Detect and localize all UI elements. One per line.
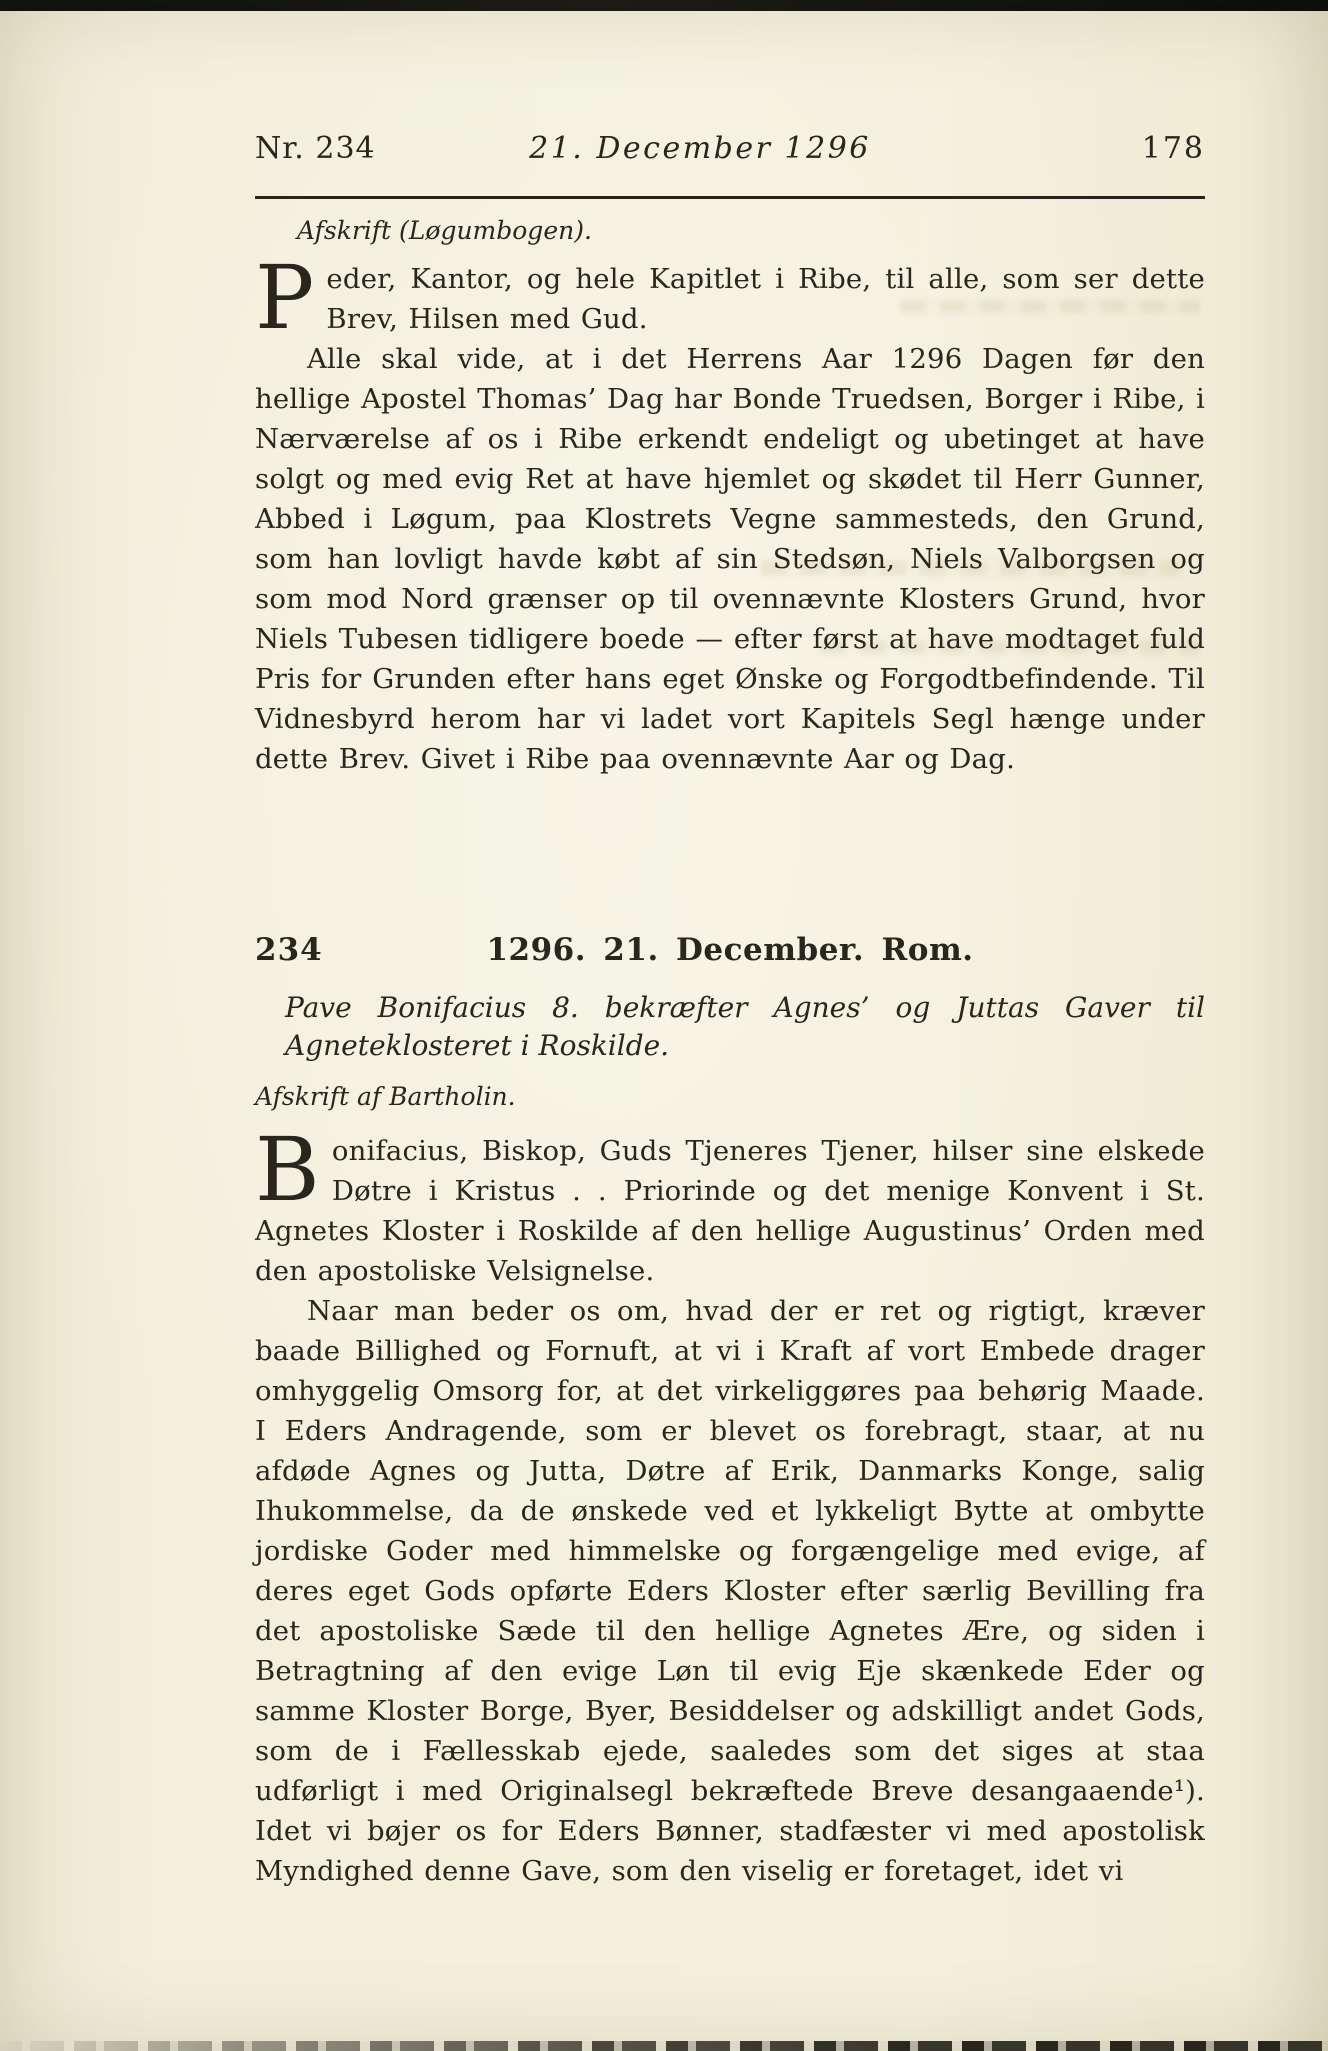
doc1-body-paragraph: Alle skal vide, at i det Herrens Aar 129… xyxy=(255,339,1205,779)
header-rule xyxy=(255,196,1205,199)
doc1-dropcap-initial: P xyxy=(255,259,326,335)
doc2-body-paragraph: Naar man beder os om, hvad der er ret og… xyxy=(255,1291,1205,1891)
running-head-date: 21. December 1296 xyxy=(255,128,1145,170)
scanned-book-page: Nr. 234 21. December 1296 178 Afskrift (… xyxy=(0,0,1328,2051)
printed-text-block: Nr. 234 21. December 1296 178 Afskrift (… xyxy=(255,128,1205,1891)
running-head: Nr. 234 21. December 1296 178 xyxy=(255,128,1205,170)
doc2-salutation: Bonifacius, Biskop, Guds Tjeneres Tjener… xyxy=(255,1131,1205,1291)
doc1-salutation-text: eder, Kantor, og hele Kapitlet i Ribe, t… xyxy=(326,263,1205,335)
doc2-salutation-text: onifacius, Biskop, Guds Tjeneres Tjener,… xyxy=(255,1135,1205,1287)
scan-edge-bottom xyxy=(0,2041,1328,2051)
scan-edge-top xyxy=(0,0,1328,11)
doc2-source-note: Afskrift af Bartholin. xyxy=(255,1081,1205,1113)
entry-234-regest: Pave Bonifacius 8. bekræfter Agnes’ og J… xyxy=(255,989,1205,1065)
doc2-dropcap-initial: B xyxy=(255,1131,332,1207)
entry-234-date-place: 1296. 21. December. Rom. xyxy=(255,929,1205,971)
page-number: 178 xyxy=(1142,128,1205,170)
entry-234-heading: 234 1296. 21. December. Rom. xyxy=(255,929,1205,971)
doc1-salutation: Peder, Kantor, og hele Kapitlet i Ribe, … xyxy=(255,259,1205,339)
doc1-source-note: Afskrift (Løgumbogen). xyxy=(255,215,1205,247)
